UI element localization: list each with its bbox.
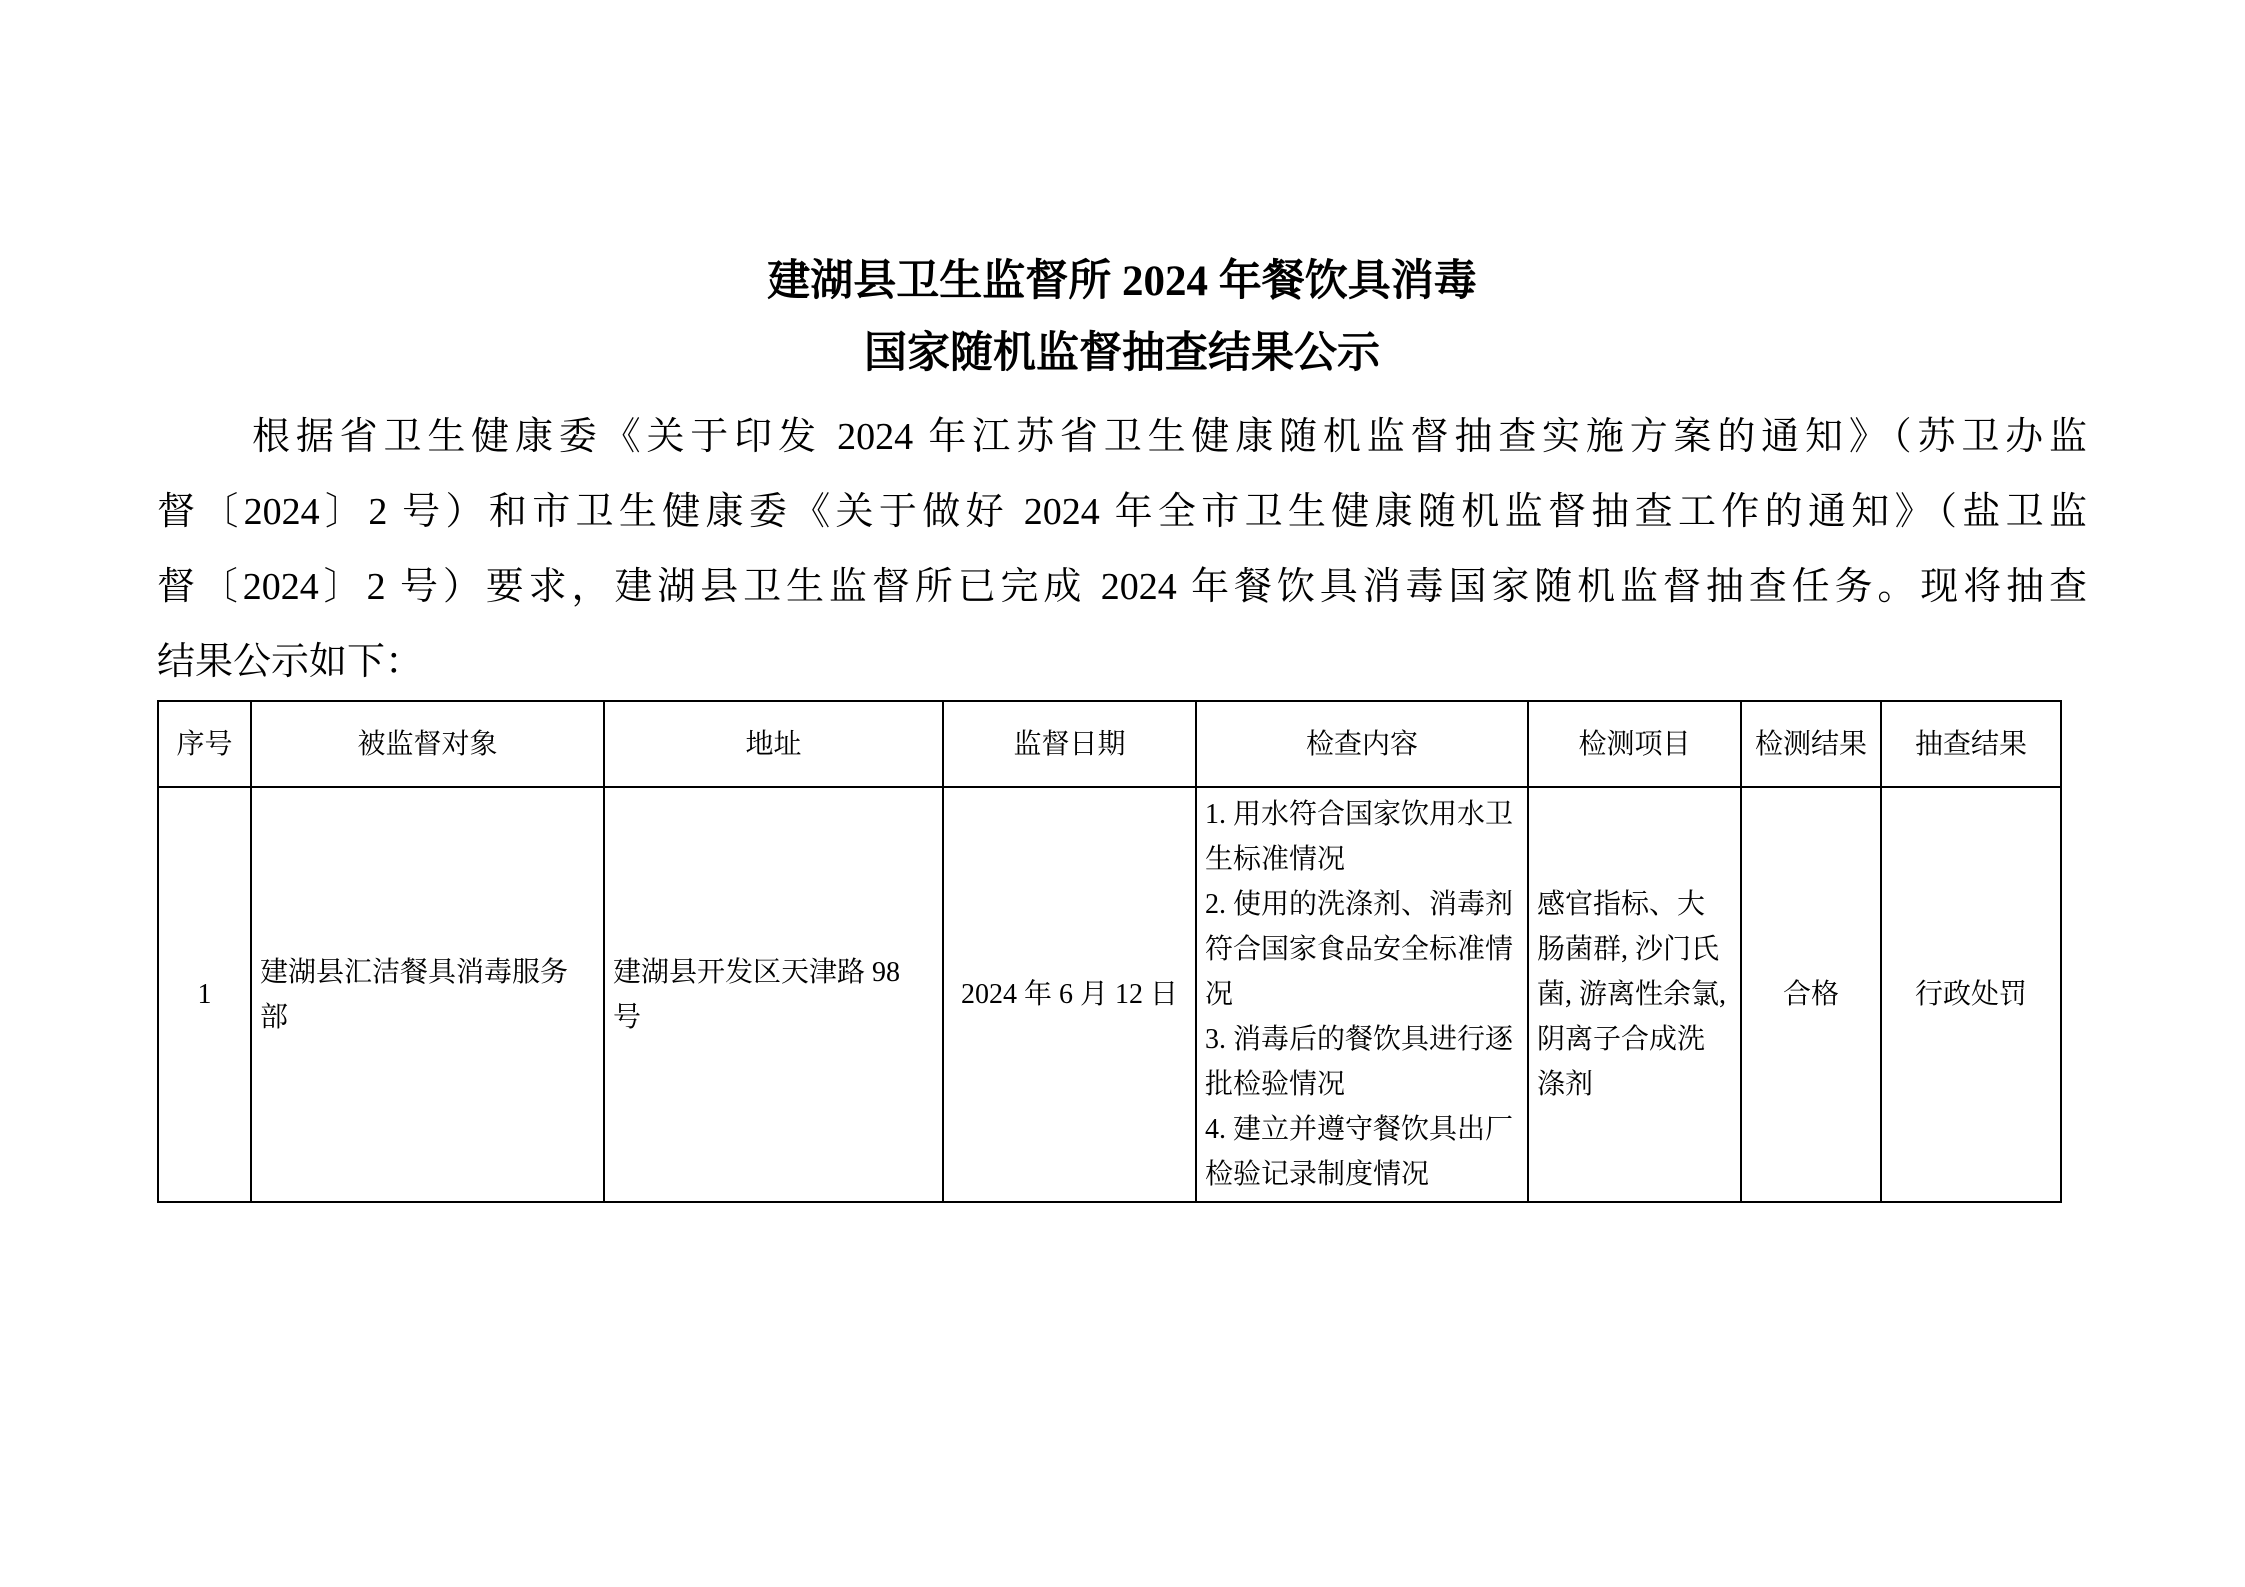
header-seq: 序号 (158, 701, 251, 787)
inspection-content-cell: 1. 用水符合国家饮用水卫生标准情况 2. 使用的洗涤剂、消毒剂符合国家食品安全… (1196, 787, 1528, 1202)
header-supervised-entity: 被监督对象 (251, 701, 604, 787)
table-row: 1 建湖县汇洁餐具消毒服务部 建湖县开发区天津路 98 号 2024 年 6 月… (158, 787, 2061, 1202)
header-test-items: 检测项目 (1528, 701, 1741, 787)
title-line-2: 国家随机监督抽查结果公示 (157, 318, 2087, 390)
title-line-1: 建湖县卫生监督所 2024 年餐饮具消毒 (157, 246, 2087, 318)
document-page: 建湖县卫生监督所 2024 年餐饮具消毒 国家随机监督抽查结果公示 根据省卫生健… (157, 0, 2087, 1203)
header-sampling-result: 抽查结果 (1881, 701, 2061, 787)
header-supervision-date: 监督日期 (943, 701, 1196, 787)
header-test-result: 检测结果 (1741, 701, 1881, 787)
address-cell: 建湖县开发区天津路 98 号 (604, 787, 943, 1202)
supervised-entity-cell: 建湖县汇洁餐具消毒服务部 (251, 787, 604, 1202)
intro-paragraph: 根据省卫生健康委《关于印发 2024 年江苏省卫生健康随机监督抽查实施方案的通知… (157, 400, 2087, 700)
table-header-row: 序号 被监督对象 地址 监督日期 检查内容 检测项目 检测结果 抽查结果 (158, 701, 2061, 787)
document-title: 建湖县卫生监督所 2024 年餐饮具消毒 国家随机监督抽查结果公示 (157, 246, 2087, 390)
header-address: 地址 (604, 701, 943, 787)
results-table: 序号 被监督对象 地址 监督日期 检查内容 检测项目 检测结果 抽查结果 1 建… (157, 700, 2062, 1203)
paragraph-line-2: 督〔2024〕2 号）和市卫生健康委《关于做好 2024 年全市卫生健康随机监督… (157, 475, 2087, 550)
paragraph-line-4: 结果公示如下： (157, 625, 2087, 700)
test-items-cell: 感官指标、大肠菌群, 沙门氏菌, 游离性余氯, 阴离子合成洗涤剂 (1528, 787, 1741, 1202)
test-result-cell: 合格 (1741, 787, 1881, 1202)
seq-cell: 1 (158, 787, 251, 1202)
sampling-result-cell: 行政处罚 (1881, 787, 2061, 1202)
paragraph-line-3: 督〔2024〕2 号）要求，建湖县卫生监督所已完成 2024 年餐饮具消毒国家随… (157, 550, 2087, 625)
header-inspection-content: 检查内容 (1196, 701, 1528, 787)
paragraph-line-1: 根据省卫生健康委《关于印发 2024 年江苏省卫生健康随机监督抽查实施方案的通知… (157, 400, 2087, 475)
supervision-date-cell: 2024 年 6 月 12 日 (943, 787, 1196, 1202)
